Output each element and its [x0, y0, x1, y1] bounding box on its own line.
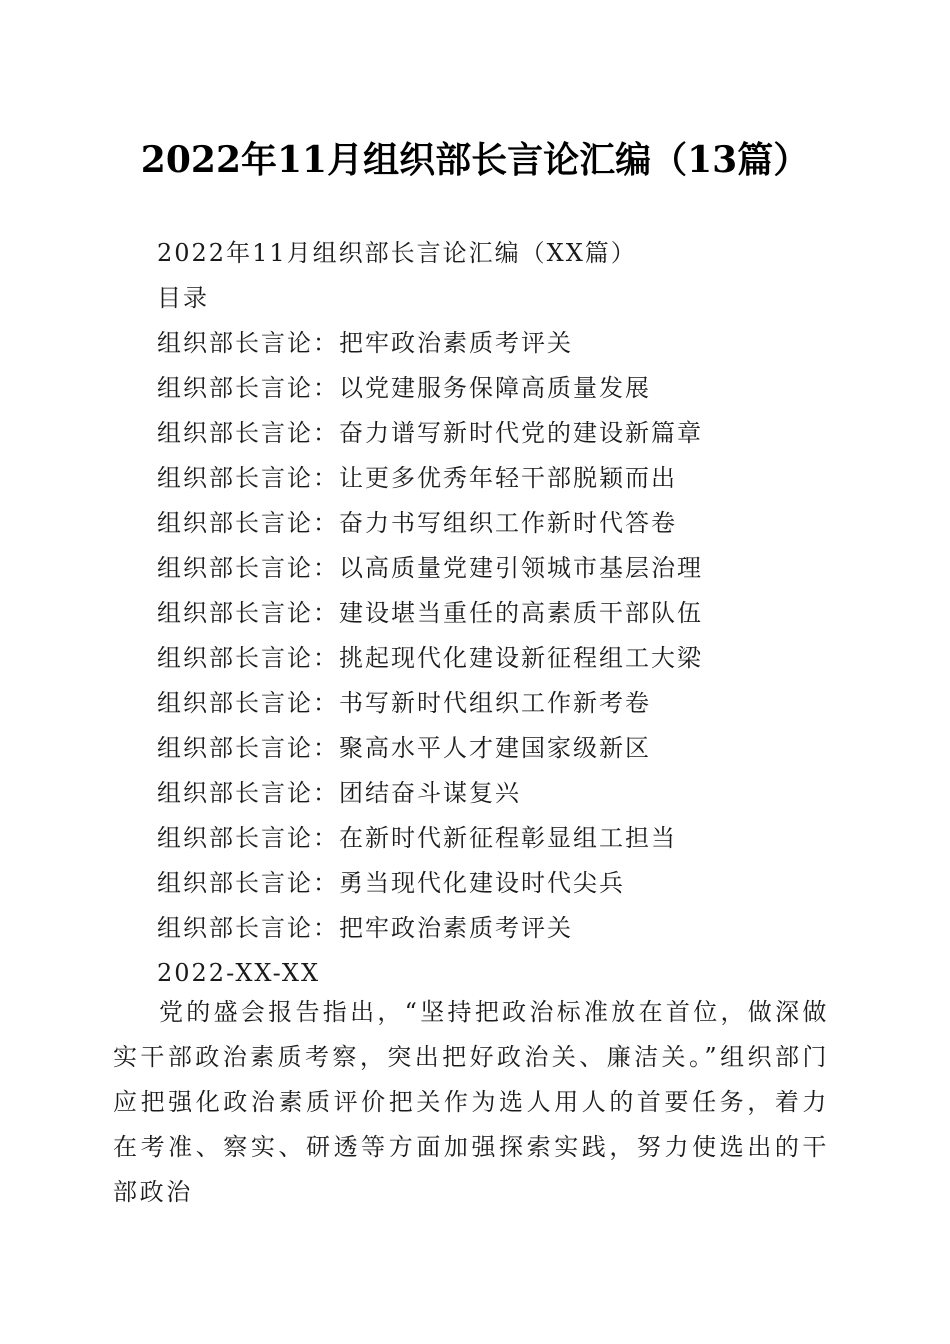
toc-heading: 目录 [157, 283, 209, 313]
toc-item[interactable]: 组织部长言论：聚高水平人才建国家级新区 [157, 733, 651, 763]
document-title: 2022年11月组织部长言论汇编（13篇） [0, 136, 950, 184]
toc-item[interactable]: 组织部长言论：书写新时代组织工作新考卷 [157, 688, 651, 718]
toc-item[interactable]: 组织部长言论：以党建服务保障高质量发展 [157, 373, 651, 403]
toc-item[interactable]: 组织部长言论：以高质量党建引领城市基层治理 [157, 553, 703, 583]
toc-item[interactable]: 组织部长言论：奋力谱写新时代党的建设新篇章 [157, 418, 703, 448]
toc-item[interactable]: 组织部长言论：把牢政治素质考评关 [157, 328, 573, 358]
toc-item[interactable]: 组织部长言论：在新时代新征程彰显组工担当 [157, 823, 677, 853]
toc-item[interactable]: 组织部长言论：把牢政治素质考评关 [157, 913, 573, 943]
toc-item[interactable]: 组织部长言论：建设堪当重任的高素质干部队伍 [157, 598, 703, 628]
toc-item[interactable]: 组织部长言论：挑起现代化建设新征程组工大梁 [157, 643, 703, 673]
document-subtitle: 2022年11月组织部长言论汇编（XX篇） [157, 238, 637, 268]
toc-item[interactable]: 组织部长言论：奋力书写组织工作新时代答卷 [157, 508, 677, 538]
document-page: 2022年11月组织部长言论汇编（13篇） 2022年11月组织部长言论汇编（X… [0, 0, 950, 1344]
toc-item[interactable]: 组织部长言论：让更多优秀年轻干部脱颖而出 [157, 463, 677, 493]
body-paragraph: 党的盛会报告指出，“坚持把政治标准放在首位，做深做实干部政治素质考察，突出把好政… [113, 990, 829, 1215]
toc-item[interactable]: 组织部长言论：团结奋斗谋复兴 [157, 778, 521, 808]
toc-item[interactable]: 组织部长言论：勇当现代化建设时代尖兵 [157, 868, 625, 898]
document-date: 2022-XX-XX [157, 958, 320, 988]
